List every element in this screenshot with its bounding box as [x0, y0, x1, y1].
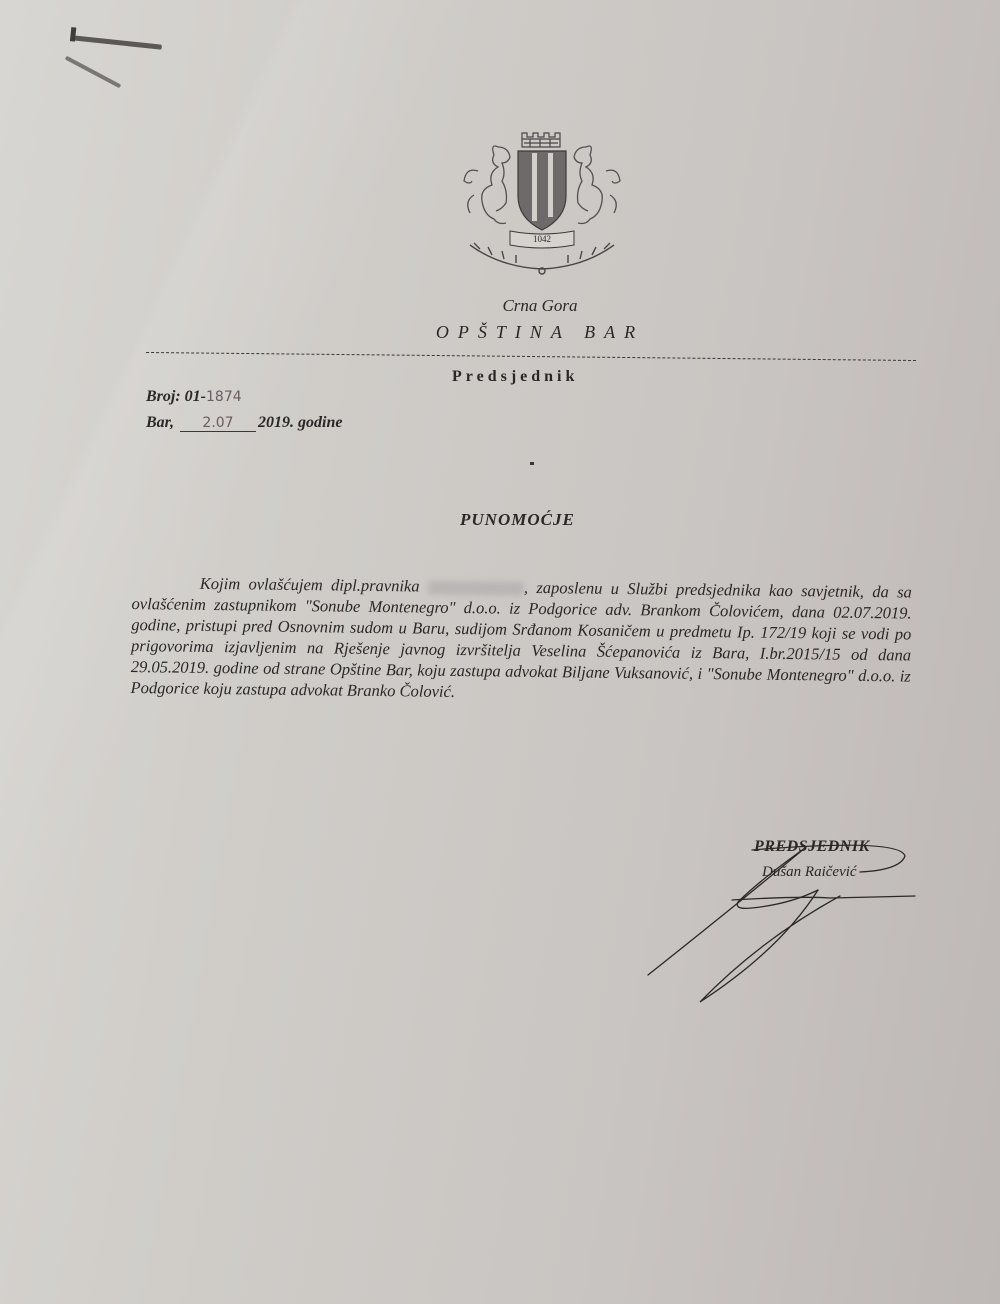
staple-icon — [72, 35, 162, 49]
coat-of-arms-icon: 1042 — [450, 125, 625, 275]
ink-dot — [530, 462, 534, 465]
body-part-1: Kojim ovlašćujem dipl.pravnika — [200, 574, 420, 596]
reference-number-handwritten: 1874 — [206, 389, 242, 405]
office-name: Predsjednik — [452, 368, 578, 386]
body-part-2: , zaposlenu u Službi predsjednika kao sa… — [130, 578, 911, 701]
svg-text:1042: 1042 — [533, 234, 551, 244]
reference-date: Bar, 2.072019. godine — [146, 414, 342, 432]
year-suffix: 2019. godine — [258, 414, 342, 431]
header-divider — [146, 352, 916, 361]
handwritten-signature-icon — [640, 830, 940, 1010]
date-handwritten: 2.07 — [180, 415, 256, 432]
staple-icon — [65, 56, 122, 89]
redacted-name — [428, 581, 524, 596]
reference-number-label: Broj: 01- — [146, 388, 206, 405]
country-name: Crna Gora — [440, 296, 640, 316]
municipality-name: OPŠTINA BAR — [410, 322, 670, 343]
document-body: Kojim ovlašćujem dipl.pravnika , zaposle… — [130, 572, 911, 708]
document-title: PUNOMOĆJE — [460, 510, 575, 530]
reference-number: Broj: 01-1874 — [146, 388, 242, 406]
place-label: Bar, — [146, 414, 174, 431]
